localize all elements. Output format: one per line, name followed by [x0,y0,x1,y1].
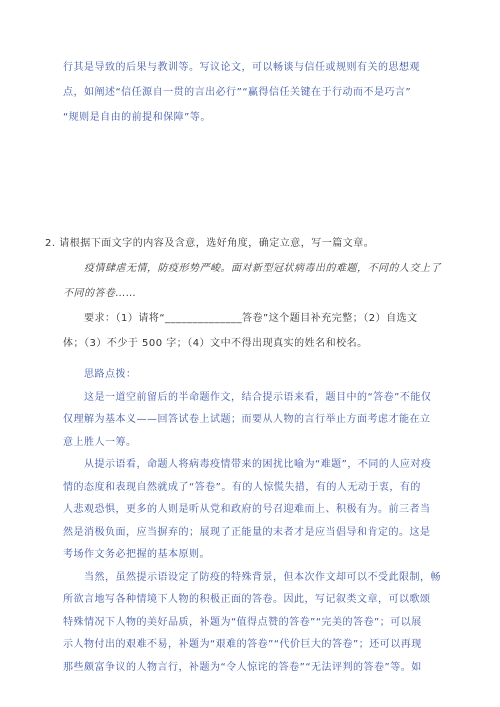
analysis-paragraph-2: 从提示语看，命题人将病毒疫情带来的困扰比喻为“难题”，不同的人应对疫 情的态度和… [63,454,454,567]
question-requirements-paragraph: 要求：（1）请将“______________答卷”这个题目补充完整；（2）自选… [63,307,454,357]
text-line: 当然，虽然提示语设定了防疫的特殊背景，但本次作文却可以不受此限制，畅 [63,567,454,590]
document-page: 行其是导致的后果与教训等。写议论文，可以畅谈与信任或规则有关的思想观 点，如阐述… [0,0,500,707]
text-line: 这是一道空前留后的半命题作文，结合提示语来看，题目中的“答卷”不能仅 [63,387,454,410]
text-line: 所欲言地写各种情境下人物的积极正面的答卷。因此，写记叙类文章，可以歌颂 [63,589,454,612]
text-line: 考场作文务必把握的基本原则。 [63,544,454,567]
text-line: 要求：（1）请将“______________答卷”这个题目补充完整；（2）自选… [63,307,454,332]
text-line: 特殊情况下人物的美好品质，补题为“值得点赞的答卷”“完美的答卷”；可以展 [63,612,454,635]
analysis-paragraph-3: 当然，虽然提示语设定了防疫的特殊背景，但本次作文却可以不受此限制，畅 所欲言地写… [63,567,454,680]
text-line: 行其是导致的后果与教训等。写议论文，可以畅谈与信任或规则有关的思想观 [63,56,454,81]
text-line: 那些颇富争议的人物言行，补题为“令人惊诧的答卷”“无法评判的答卷”等。如 [63,657,454,680]
analysis-paragraph-1: 这是一道空前留后的半命题作文，结合提示语来看，题目中的“答卷”不能仅 仅理解为基… [63,387,454,455]
question-quote-paragraph: 疫情肆虐无情，防疫形势严峻。面对新型冠状病毒出的难题，不同的人交上了 不同的答卷… [63,257,454,307]
text-line: 然是消极负面，应当摒弃的；展现了正能量的末者才是应当倡导和肯定的。这是 [63,522,454,545]
text-line: 点，如阐述“信任源自一贯的言出必行”“赢得信任关键在于行动而不是巧言” [63,81,454,106]
text-line: 示人物付出的艰难不易，补题为“艰难的答卷”“代价巨大的答卷”；还可以再现 [63,634,454,657]
text-line: 意上胜人一筹。 [63,432,454,455]
analysis-heading: 思路点拨： [63,364,454,387]
text-line: 情的态度和表现自然就成了“答卷”。有的人惊慌失措，有的人无动于衷，有的 [63,477,454,500]
question-section: 2. 请根据下面文字的内容及含意，选好角度，确定立意，写一篇文章。 疫情肆虐无情… [63,232,454,356]
text-line: 仅理解为基本义——回答试卷上试题；而要从人物的言行举止方面考虑才能在立 [63,409,454,432]
intro-continuation-paragraph: 行其是导致的后果与教训等。写议论文，可以畅谈与信任或规则有关的思想观 点，如阐述… [63,56,454,130]
text-line: 人悲观恐惧，更多的人则是听从党和政府的号召迎难而上、积极有为。前三者当 [63,499,454,522]
text-line: 不同的答卷…… [63,282,454,307]
text-line: “规则是自由的前提和保障”等。 [63,106,454,131]
analysis-section: 思路点拨： 这是一道空前留后的半命题作文，结合提示语来看，题目中的“答卷”不能仅… [63,364,454,679]
text-line: 体；（3）不少于 500 字；（4）文中不得出现真实的姓名和校名。 [63,332,454,357]
text-line: 疫情肆虐无情，防疫形势严峻。面对新型冠状病毒出的难题，不同的人交上了 [63,257,454,282]
question-prompt: 2. 请根据下面文字的内容及含意，选好角度，确定立意，写一篇文章。 [45,232,454,257]
text-line: 从提示语看，命题人将病毒疫情带来的困扰比喻为“难题”，不同的人应对疫 [63,454,454,477]
